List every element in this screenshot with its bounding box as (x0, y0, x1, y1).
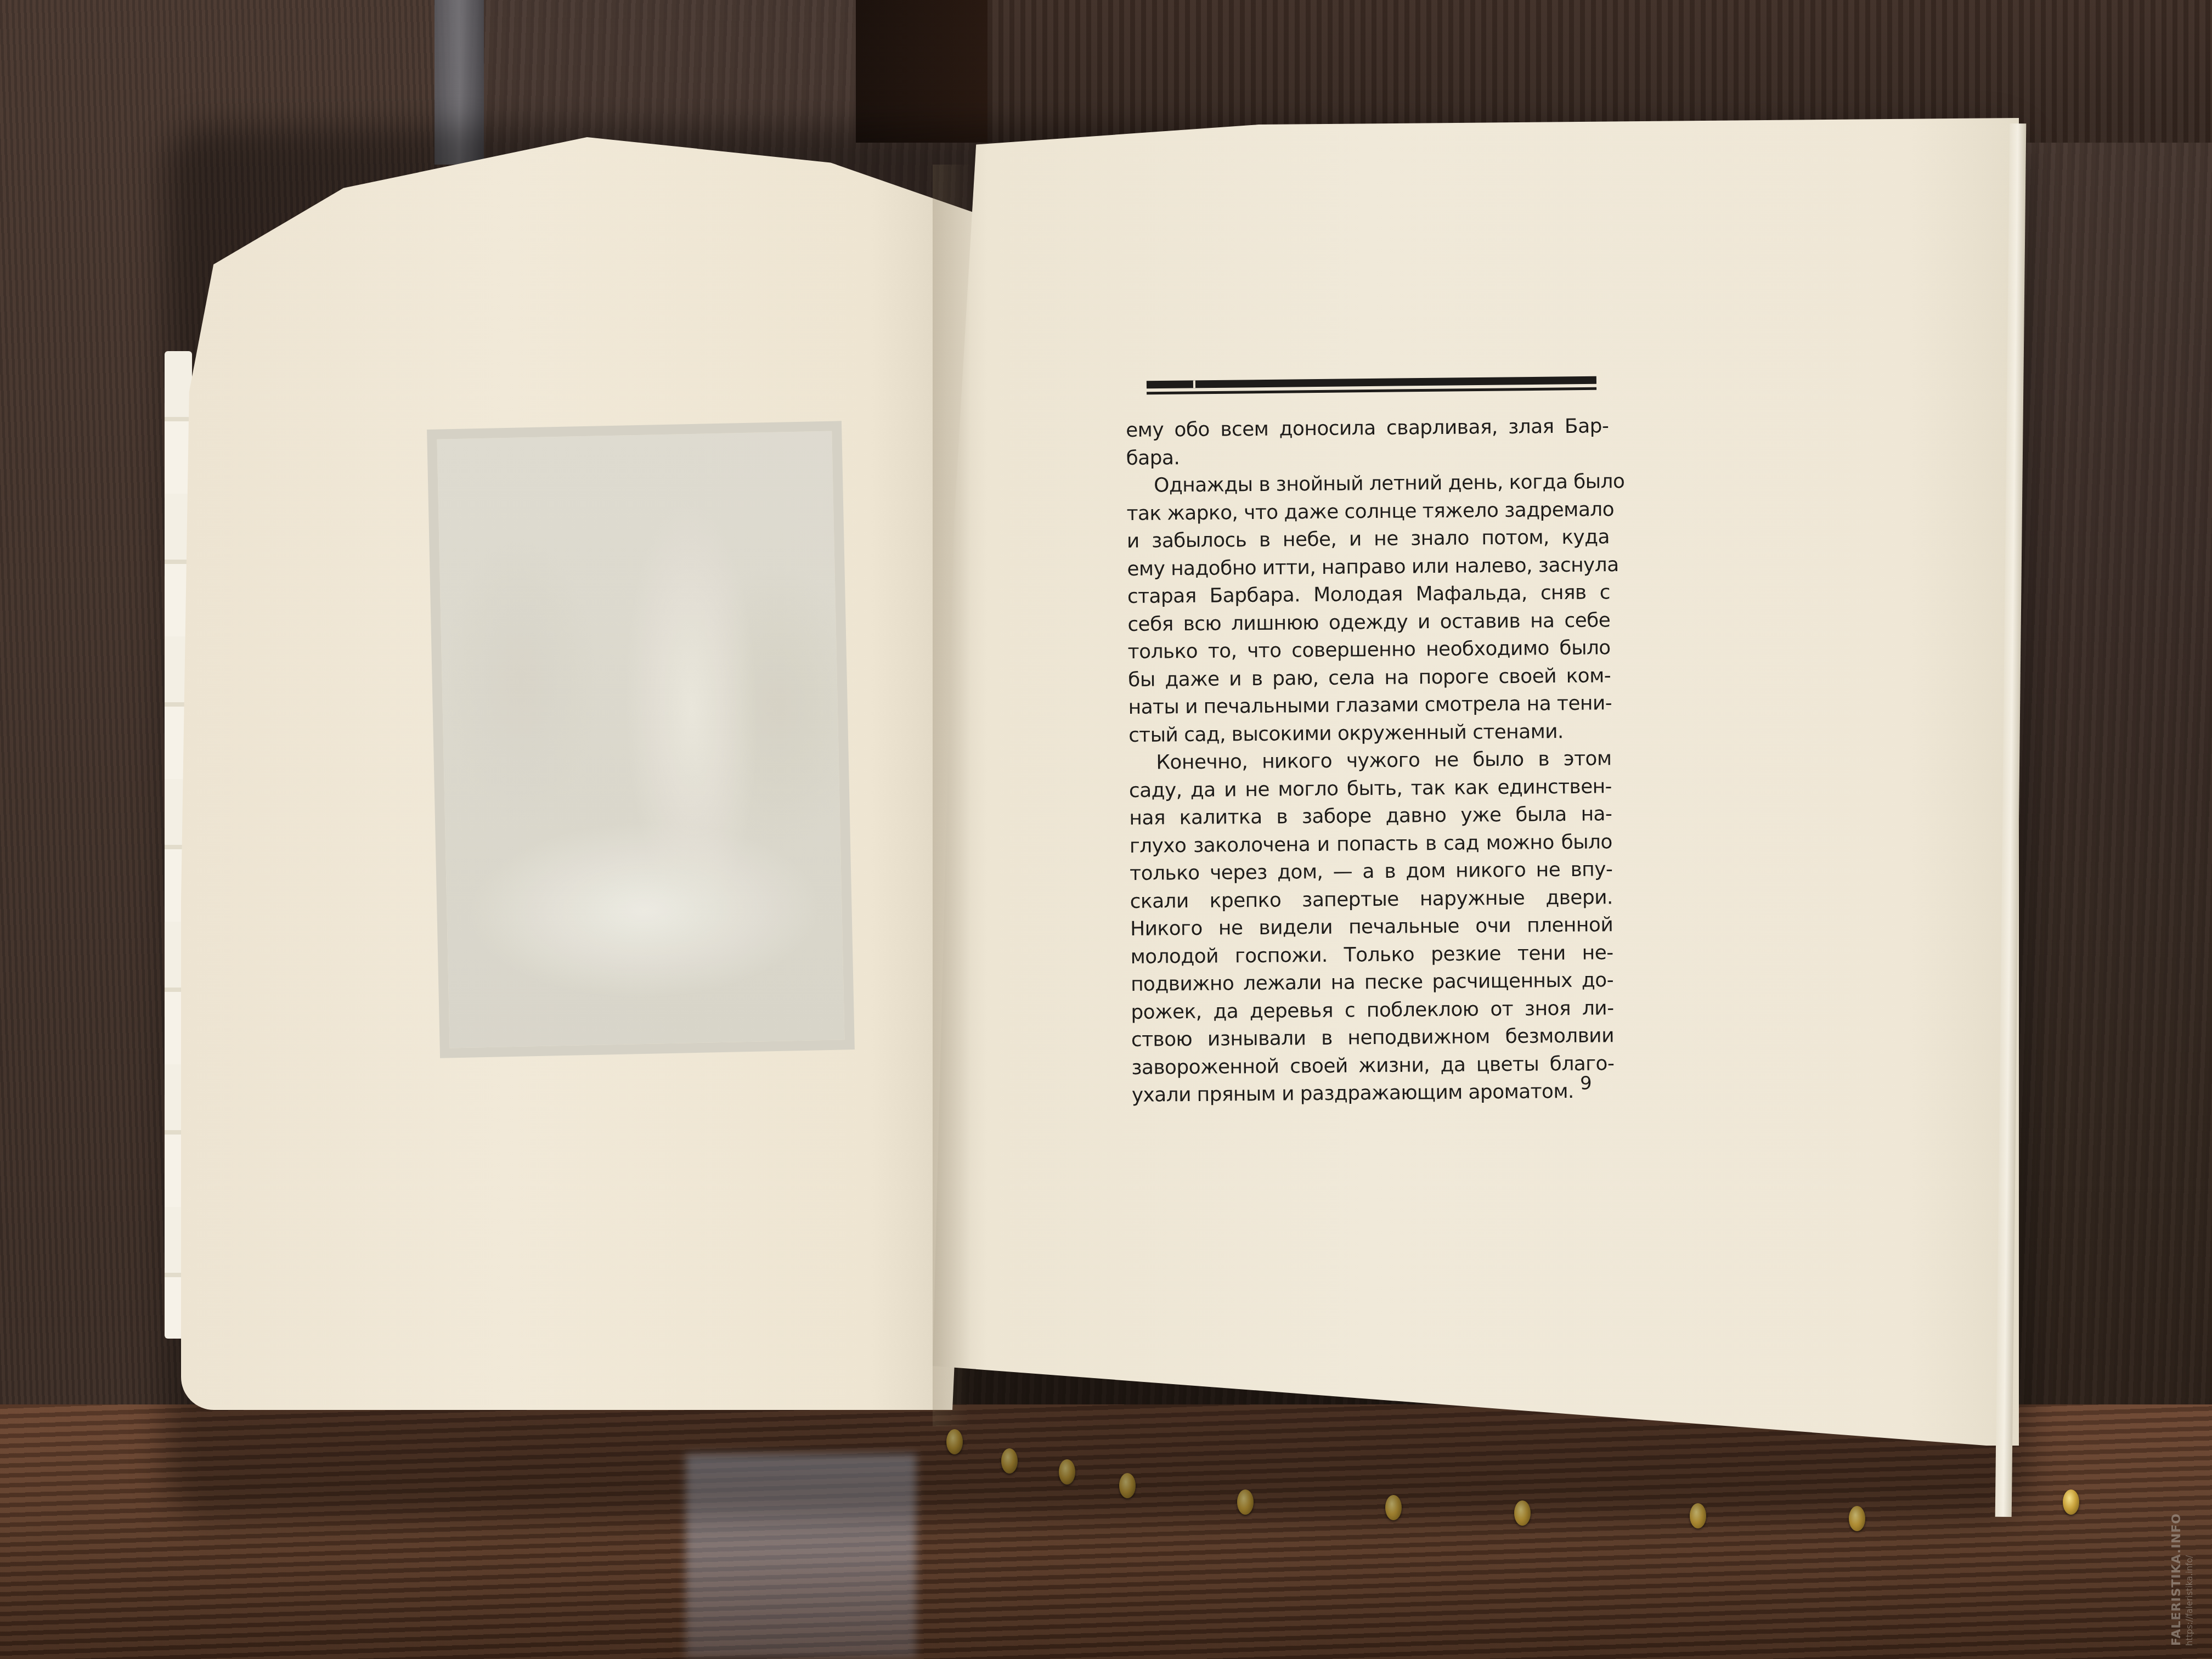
watermark-title: FALERISTIKA.INFO (2170, 1513, 2183, 1646)
text-line: скали крепко запертые наружные двери. (1130, 884, 1612, 916)
page-number: 9 (1580, 1073, 1592, 1094)
text-line: подвижно лежали на песке расчищенных до- (1131, 967, 1613, 998)
text-line: бы даже и в раю, села на пороге своей ко… (1128, 662, 1611, 694)
text-line: себя всю лишнюю одежду и оставив на себе (1127, 607, 1610, 639)
text-line: бара. (1126, 441, 1609, 472)
text-line: ная калитка в заборе давно уже была на- (1129, 800, 1612, 832)
text-line: так жарко, что даже солнце тяжело задрем… (1126, 496, 1609, 528)
brass-rivet-icon (2063, 1489, 2079, 1515)
text-line: старая Барбара. Молодая Мафальда, сняв с (1127, 579, 1610, 611)
text-line: только то, что совершенно необходимо был… (1128, 634, 1611, 666)
watermark-url: https://faleristika.info/ (2185, 1513, 2194, 1646)
text-line: молодой госпожи. Только резкие тени не- (1130, 939, 1613, 971)
faded-illustration-icon (427, 421, 855, 1058)
text-line: и забылось в небе, и не знало потом, куд… (1127, 523, 1610, 555)
text-line: наты и печальными глазами смотрела на те… (1128, 690, 1611, 721)
watermark: FALERISTIKA.INFO https://faleristika.inf… (2170, 1513, 2194, 1646)
text-line: глухо заколочена и попасть в сад можно б… (1130, 828, 1612, 860)
text-line: завороженной своей жизни, да цветы благо… (1131, 1050, 1614, 1082)
wood-gap-shadow (856, 0, 998, 143)
text-line: Однажды в знойный летний день, когда был… (1126, 468, 1609, 500)
text-line: ухали пряным и раздражающим ароматом. (1132, 1077, 1615, 1109)
text-line: ствою изнывали в неподвижном безмолвии (1131, 1022, 1614, 1054)
text-line: Никого не видели печальные очи пленной (1130, 911, 1613, 943)
text-line: стый сад, высокими окруженный стенами. (1128, 718, 1611, 749)
body-text: ему обо всем доносила сварливая, злая Ба… (1126, 413, 1615, 1109)
rule-notch (1193, 380, 1195, 388)
text-line: Конечно, никого чужого не было в этом (1128, 745, 1611, 777)
text-line: ему надобно итти, направо или налево, за… (1127, 551, 1610, 583)
text-line: ему обо всем доносила сварливая, злая Ба… (1126, 413, 1609, 444)
book-gutter (933, 165, 971, 1426)
text-line: рожек, да деревья с поблеклою от зноя ли… (1131, 995, 1613, 1026)
text-line: саду, да и не могло быть, так как единст… (1129, 773, 1612, 805)
wood-plank-top-right (988, 0, 2212, 143)
text-line: только через дом, — а в дом никого не вп… (1130, 856, 1612, 888)
